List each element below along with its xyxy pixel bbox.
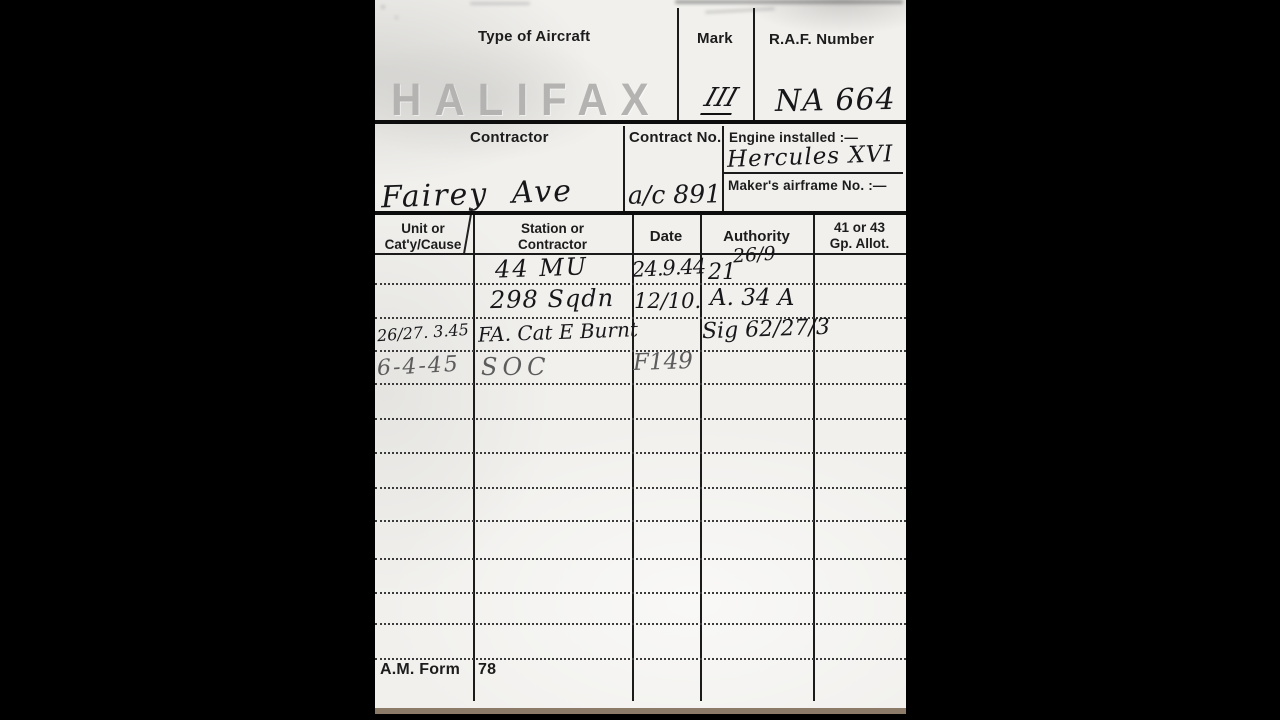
- table-column-divider: [813, 215, 815, 701]
- column-header-line: Date: [634, 228, 698, 245]
- contractor-label: Contractor: [470, 129, 549, 146]
- scan-smudge: [381, 5, 385, 9]
- table-row-rule: [375, 558, 906, 560]
- row2-date-entry: 12/10.: [634, 291, 701, 312]
- column-header-line: 41 or 43: [815, 220, 904, 236]
- column-header-date: Date: [634, 228, 698, 245]
- scan-smudge: [470, 2, 530, 5]
- table-header-underline: [375, 253, 906, 255]
- row2-station-entry: 298 Sqdn: [490, 286, 614, 312]
- makers-airframe-label: Maker's airframe No. :—: [728, 178, 887, 193]
- raf-number-label: R.A.F. Number: [769, 31, 874, 48]
- scan-smudge: [675, 0, 903, 4]
- column-divider: [677, 8, 679, 121]
- row4-date-entry: F149: [633, 350, 694, 375]
- column-header-line: Station or: [475, 221, 630, 237]
- column-divider: [722, 126, 724, 213]
- table-row-rule: [375, 418, 906, 420]
- row1-station-entry: 44 MU: [495, 254, 589, 281]
- form-name-label: A.M. Form: [380, 661, 460, 679]
- engine-ruled-line: [723, 172, 903, 174]
- row1-date-entry: 24.9.44: [632, 256, 706, 281]
- engine-value-handwritten: Hercules XVI: [727, 143, 894, 172]
- row3-station-entry: FA. Cat E Burnt: [478, 319, 639, 345]
- table-row-rule: [375, 623, 906, 625]
- table-column-divider: [473, 215, 475, 701]
- column-header-line: Cat'y/Cause: [375, 237, 471, 253]
- table-row-rule: [375, 383, 906, 385]
- column-divider: [623, 126, 625, 213]
- column-header-line: Gp. Allot.: [815, 236, 904, 252]
- scan-smudge: [395, 16, 398, 19]
- mark-label: Mark: [697, 30, 733, 47]
- am-form-78-card: Type of Aircraft Mark R.A.F. Number HALI…: [375, 0, 906, 714]
- form-number-label: 78: [478, 661, 496, 679]
- table-column-divider: [632, 215, 634, 701]
- mark-value-handwritten: III: [700, 85, 741, 115]
- scan-background: Type of Aircraft Mark R.A.F. Number HALI…: [0, 0, 1280, 720]
- row2-authority-entry: A. 34 A: [710, 287, 794, 310]
- row3-unit-entry: 26/27. 3.45: [377, 322, 470, 344]
- table-row-rule: [375, 283, 906, 285]
- aircraft-type-stamp: HALIFAX: [391, 74, 662, 126]
- table-row-rule: [375, 592, 906, 594]
- contract-no-label: Contract No.: [629, 129, 721, 146]
- column-divider: [753, 8, 755, 121]
- column-header-line: Contractor: [475, 237, 630, 253]
- contract-no-value-handwritten: a/c 891: [628, 181, 721, 208]
- contractor-value-handwritten: Fairey Ave: [381, 177, 574, 214]
- section-divider-line: [375, 211, 906, 215]
- row4-station-entry: SOC: [481, 355, 550, 379]
- row4-unit-entry: 6-4-45: [376, 354, 460, 380]
- table-row-rule: [375, 487, 906, 489]
- column-header-gp-allot: 41 or 43 Gp. Allot.: [815, 220, 904, 251]
- section-divider-line: [375, 120, 906, 124]
- scan-smudge: [705, 7, 775, 14]
- column-header-unit: Unit or Cat'y/Cause: [375, 221, 471, 252]
- raf-number-value-handwritten: NA 664: [775, 85, 896, 117]
- table-row-rule: [375, 452, 906, 454]
- table-row-rule: [375, 520, 906, 522]
- table-row-rule: [375, 658, 906, 660]
- table-column-divider: [700, 215, 702, 701]
- row3-authority-entry: Sig 62/27/3: [702, 317, 831, 343]
- column-header-authority: Authority: [702, 228, 811, 245]
- type-of-aircraft-label: Type of Aircraft: [478, 28, 590, 45]
- row1-authority-superscript: 26/9: [732, 245, 776, 267]
- column-header-line: Authority: [702, 228, 811, 245]
- row1-authority-entry: 21: [708, 262, 736, 284]
- column-header-line: Unit or: [375, 221, 471, 237]
- column-header-station: Station or Contractor: [475, 221, 630, 252]
